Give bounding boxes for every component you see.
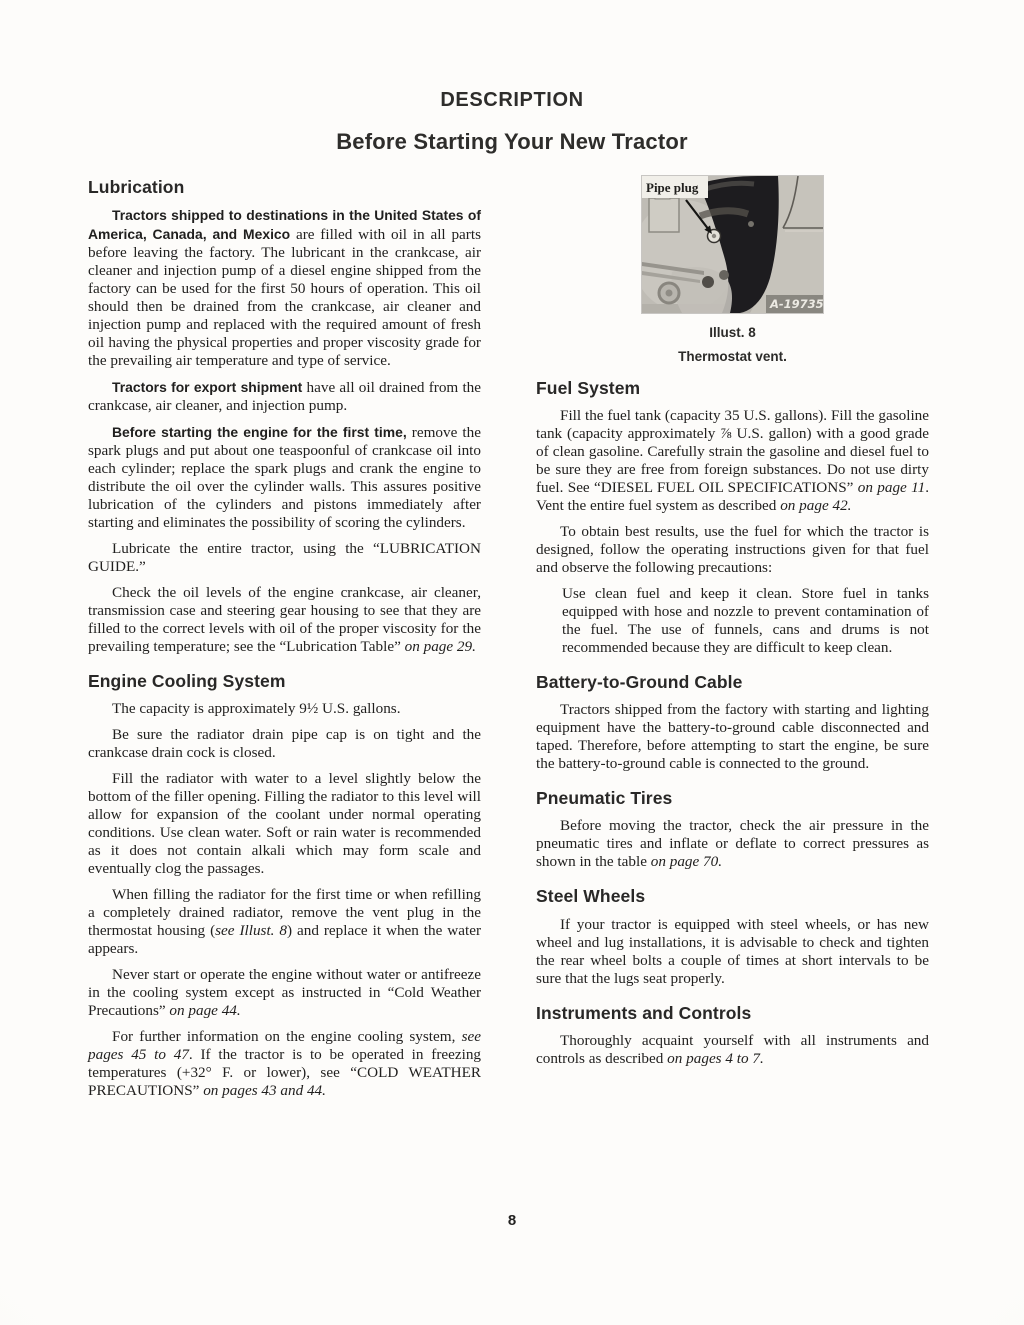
section-heading-engine-cooling-system: Engine Cooling System <box>88 671 481 691</box>
housing-boss-center <box>666 290 673 297</box>
lubrication-paragraph-5: Check the oil levels of the engine crank… <box>88 584 481 656</box>
manual-page: DESCRIPTION Before Starting Your New Tra… <box>0 0 1024 1325</box>
cooling-paragraph-6: For further information on the engine co… <box>88 1028 481 1100</box>
left-column: Lubrication Tractors shipped to destinat… <box>88 172 481 1108</box>
cooling-paragraph-2: Be sure the radiator drain pipe cap is o… <box>88 726 481 762</box>
page-subtitle: Before Starting Your New Tractor <box>0 131 1024 153</box>
cooling-paragraph-3: Fill the radiator with water to a level … <box>88 770 481 878</box>
lubrication-paragraph-2: Tractors for export shipment have all oi… <box>88 378 481 415</box>
pipe-plug-label: Pipe plug <box>646 180 699 195</box>
lubrication-paragraph-3: Before starting the engine for the first… <box>88 423 481 532</box>
page-number: 8 <box>0 1213 1024 1228</box>
side-bracket <box>649 198 679 232</box>
battery-paragraph-1: Tractors shipped from the factory with s… <box>536 701 929 773</box>
section-heading-fuel-system: Fuel System <box>536 378 929 398</box>
cooling-paragraph-1: The capacity is approximately 9½ U.S. ga… <box>88 700 481 718</box>
section-heading-battery-to-ground-cable: Battery-to-Ground Cable <box>536 672 929 692</box>
thermostat-vent-photo: Pipe plug A-19735 <box>642 176 823 313</box>
tires-paragraph-1: Before moving the tractor, check the air… <box>536 817 929 871</box>
photo-id-code: A-19735 <box>769 297 823 311</box>
illustration-figure: Pipe plug A-19735 Illust. 8 Thermostat v… <box>536 176 929 363</box>
page-title: DESCRIPTION <box>0 90 1024 110</box>
lubrication-paragraph-4: Lubricate the entire tractor, using the … <box>88 540 481 576</box>
fuel-paragraph-1: Fill the fuel tank (capacity 35 U.S. gal… <box>536 407 929 515</box>
fuel-paragraph-2: To obtain best results, use the fuel for… <box>536 523 929 577</box>
right-column: Pipe plug A-19735 Illust. 8 Thermostat v… <box>536 172 929 1108</box>
wheels-paragraph-1: If your tractor is equipped with steel w… <box>536 916 929 988</box>
figure-captions: Illust. 8 Thermostat vent. <box>536 326 929 363</box>
bolt-head-1 <box>702 276 714 288</box>
lubrication-paragraph-1: Tractors shipped to destinations in the … <box>88 206 481 370</box>
figure-subcaption: Thermostat vent. <box>536 350 929 364</box>
cooling-paragraph-5: Never start or operate the engine withou… <box>88 966 481 1020</box>
cooling-paragraph-4: When filling the radiator for the first … <box>88 886 481 958</box>
thermostat-vent-photo-svg: Pipe plug A-19735 <box>642 176 823 313</box>
clamp-screw <box>748 221 754 227</box>
fuel-paragraph-3-indented: Use clean fuel and keep it clean. Store … <box>562 585 929 657</box>
bolt-head-2 <box>719 270 729 280</box>
pipe-plug-center <box>712 234 716 238</box>
two-column-layout: Lubrication Tractors shipped to destinat… <box>88 172 929 1108</box>
section-heading-lubrication: Lubrication <box>88 177 481 197</box>
instruments-paragraph-1: Thoroughly acquaint yourself with all in… <box>536 1032 929 1068</box>
section-heading-steel-wheels: Steel Wheels <box>536 886 929 906</box>
section-heading-instruments-and-controls: Instruments and Controls <box>536 1003 929 1023</box>
figure-caption: Illust. 8 <box>536 326 929 340</box>
section-heading-pneumatic-tires: Pneumatic Tires <box>536 788 929 808</box>
